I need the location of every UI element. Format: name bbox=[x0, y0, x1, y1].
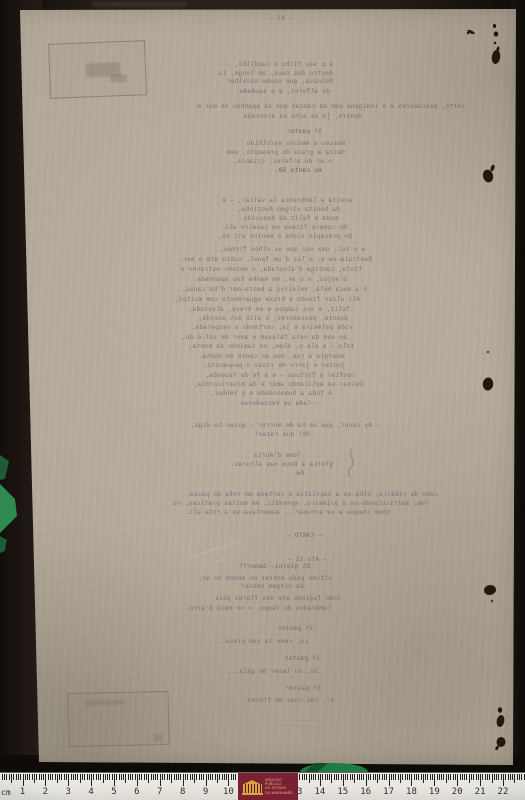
ruler-tick bbox=[75, 774, 76, 780]
ruler-tick bbox=[116, 774, 117, 780]
archive-badge-text: ARQUIVO PÚBLICO DO ESTADO DO MARANHÃO bbox=[265, 779, 293, 796]
ruler-tick bbox=[457, 774, 458, 786]
ruler-tick bbox=[334, 774, 335, 780]
ruler-number: 14 bbox=[312, 787, 328, 797]
ruler-tick bbox=[311, 774, 312, 780]
ruler-tick bbox=[105, 774, 106, 780]
ruler-tick bbox=[299, 774, 300, 780]
ruler-tick bbox=[469, 774, 470, 783]
ruler-tick bbox=[514, 774, 515, 783]
ruler-tick bbox=[96, 774, 97, 780]
ruler-tick bbox=[423, 774, 424, 783]
ruler-tick bbox=[476, 774, 477, 780]
ruler-tick bbox=[508, 774, 509, 780]
ruler-number: 10 bbox=[220, 787, 236, 797]
ruler-number: 6 bbox=[129, 787, 145, 797]
ruler-number: 19 bbox=[426, 787, 442, 797]
ruler-tick bbox=[448, 774, 449, 780]
ruler-tick bbox=[192, 774, 193, 780]
ruler-tick bbox=[437, 774, 438, 780]
ruler-tick bbox=[73, 774, 74, 780]
ruler-tick bbox=[231, 774, 232, 780]
ruler-tick bbox=[89, 774, 90, 780]
ruler-tick bbox=[450, 774, 451, 780]
ruler-tick bbox=[434, 774, 435, 786]
ruler-number: 20 bbox=[449, 787, 465, 797]
ruler-tick bbox=[153, 774, 154, 780]
ruler-tick bbox=[320, 774, 321, 786]
ruler-tick bbox=[464, 774, 465, 780]
ruler-tick bbox=[235, 774, 236, 780]
ruler-tick bbox=[180, 774, 181, 780]
ruler-tick bbox=[400, 774, 401, 783]
ruler-tick bbox=[354, 774, 355, 783]
ruler-tick bbox=[36, 774, 37, 780]
ruler-number: 16 bbox=[358, 787, 374, 797]
ruler-tick bbox=[71, 774, 72, 780]
ruler-tick bbox=[377, 774, 378, 783]
ruler-tick bbox=[174, 774, 175, 780]
ruler-tick bbox=[336, 774, 337, 780]
badge-line: DO MARANHÃO bbox=[265, 792, 293, 796]
ruler-number: 8 bbox=[175, 787, 191, 797]
ruler-tick bbox=[329, 774, 330, 780]
ruler-tick bbox=[384, 774, 385, 780]
background-light-streak bbox=[92, 2, 187, 7]
ruler-tick bbox=[416, 774, 417, 780]
ruler-tick bbox=[304, 774, 305, 780]
ruler-tick bbox=[228, 774, 229, 786]
ruler-tick bbox=[357, 774, 358, 780]
ruler-tick bbox=[411, 774, 412, 786]
ruler-tick bbox=[43, 774, 44, 780]
archive-badge: ARQUIVO PÚBLICO DO ESTADO DO MARANHÃO bbox=[238, 773, 298, 800]
ruler-tick bbox=[203, 774, 204, 780]
ruler-tick bbox=[20, 774, 21, 780]
ruler-tick bbox=[343, 774, 344, 786]
ruler-tick bbox=[219, 774, 220, 780]
ruler-tick bbox=[421, 774, 422, 780]
archive-building-icon bbox=[242, 780, 263, 795]
ruler-tick bbox=[212, 774, 213, 780]
ruler-tick bbox=[453, 774, 454, 780]
ruler-tick bbox=[183, 774, 184, 786]
ruler-tick bbox=[315, 774, 316, 780]
ruler-tick bbox=[130, 774, 131, 780]
ruler-tick bbox=[80, 774, 81, 783]
ruler-tick bbox=[331, 774, 332, 783]
ruler-tick bbox=[318, 774, 319, 780]
ruler-tick bbox=[27, 774, 28, 780]
ruler-tick bbox=[196, 774, 197, 780]
ruler-tick bbox=[480, 774, 481, 786]
ruler-tick bbox=[498, 774, 499, 780]
ruler-tick bbox=[359, 774, 360, 780]
ruler-tick bbox=[100, 774, 101, 780]
ruler-tick bbox=[322, 774, 323, 780]
ruler-tick bbox=[393, 774, 394, 780]
ruler-tick bbox=[91, 774, 92, 786]
ruler-tick bbox=[4, 774, 5, 780]
ruler-tick bbox=[352, 774, 353, 780]
ruler-tick bbox=[210, 774, 211, 780]
ruler-tick bbox=[201, 774, 202, 780]
paper-edge-shading bbox=[0, 0, 525, 772]
ruler-tick bbox=[409, 774, 410, 780]
ruler-tick bbox=[373, 774, 374, 780]
ruler-tick bbox=[25, 774, 26, 780]
ruler-tick bbox=[61, 774, 62, 780]
ruler-tick bbox=[432, 774, 433, 780]
ruler-tick bbox=[137, 774, 138, 786]
ruler-number: 3 bbox=[60, 787, 76, 797]
ruler-tick bbox=[466, 774, 467, 780]
ruler-tick bbox=[55, 774, 56, 780]
ruler-tick bbox=[45, 774, 46, 786]
ruler-tick bbox=[430, 774, 431, 780]
ruler-tick bbox=[125, 774, 126, 783]
ruler-tick bbox=[407, 774, 408, 780]
ruler-tick bbox=[206, 774, 207, 786]
ruler-tick bbox=[41, 774, 42, 780]
ruler-tick bbox=[496, 774, 497, 780]
ruler-tick bbox=[57, 774, 58, 783]
ruler-tick bbox=[224, 774, 225, 780]
ruler-tick bbox=[441, 774, 442, 780]
ruler-tick bbox=[194, 774, 195, 783]
ruler-tick bbox=[418, 774, 419, 780]
ruler-number: 22 bbox=[495, 787, 511, 797]
ruler-tick bbox=[34, 774, 35, 783]
ruler-tick bbox=[16, 774, 17, 780]
ruler-tick bbox=[345, 774, 346, 780]
ruler-tick bbox=[306, 774, 307, 780]
ruler-number: 21 bbox=[472, 787, 488, 797]
ruler-tick bbox=[363, 774, 364, 780]
ruler-tick bbox=[157, 774, 158, 780]
ruler-tick bbox=[386, 774, 387, 780]
ruler-tick bbox=[84, 774, 85, 780]
ruler-tick bbox=[176, 774, 177, 780]
ruler-tick bbox=[382, 774, 383, 780]
ruler-tick bbox=[32, 774, 33, 780]
ruler-unit-label: cm bbox=[1, 788, 15, 797]
ruler-tick bbox=[485, 774, 486, 780]
ruler-tick bbox=[48, 774, 49, 780]
ruler-tick bbox=[487, 774, 488, 780]
ruler-tick bbox=[123, 774, 124, 780]
ruler-tick bbox=[361, 774, 362, 780]
ruler-tick bbox=[39, 774, 40, 780]
ruler-tick bbox=[171, 774, 172, 783]
ruler-tick bbox=[135, 774, 136, 780]
ruler-tick bbox=[169, 774, 170, 780]
ruler-tick bbox=[2, 774, 3, 780]
ruler-tick bbox=[50, 774, 51, 780]
ruler-tick bbox=[512, 774, 513, 780]
ruler-tick bbox=[185, 774, 186, 780]
ruler-tick bbox=[187, 774, 188, 780]
ruler-tick bbox=[87, 774, 88, 780]
ruler-tick bbox=[489, 774, 490, 780]
ruler-tick bbox=[109, 774, 110, 780]
ruler-tick bbox=[215, 774, 216, 780]
ruler-tick bbox=[521, 774, 522, 780]
ruler-tick bbox=[139, 774, 140, 780]
ruler-tick bbox=[505, 774, 506, 780]
ruler-tick bbox=[460, 774, 461, 780]
ruler-number: 17 bbox=[381, 787, 397, 797]
ruler-tick bbox=[402, 774, 403, 780]
ruler-tick bbox=[59, 774, 60, 780]
ruler-tick bbox=[471, 774, 472, 780]
ruler-tick bbox=[338, 774, 339, 780]
ruler-tick bbox=[427, 774, 428, 780]
document-scan-photo: — 43 —e o seu filho o caudilho,dentro da… bbox=[0, 0, 525, 800]
paper-sheet: — 43 —e o seu filho o caudilho,dentro da… bbox=[0, 0, 525, 772]
ruler-tick bbox=[510, 774, 511, 780]
ruler-tick bbox=[160, 774, 161, 786]
ruler-tick bbox=[119, 774, 120, 780]
ruler-tick bbox=[162, 774, 163, 780]
ruler-number: 18 bbox=[403, 787, 419, 797]
ruler-tick bbox=[368, 774, 369, 780]
ruler-tick bbox=[492, 774, 493, 783]
ruler-tick bbox=[29, 774, 30, 780]
ruler-number: 7 bbox=[152, 787, 168, 797]
ruler-tick bbox=[414, 774, 415, 780]
ruler-tick bbox=[443, 774, 444, 780]
ruler-tick bbox=[233, 774, 234, 780]
ruler-number: 5 bbox=[106, 787, 122, 797]
ruler-tick bbox=[379, 774, 380, 780]
ruler-tick bbox=[446, 774, 447, 783]
ruler-tick bbox=[473, 774, 474, 780]
ruler-tick bbox=[327, 774, 328, 780]
ruler-tick bbox=[64, 774, 65, 780]
ruler-tick bbox=[9, 774, 10, 780]
ruler-tick bbox=[18, 774, 19, 780]
ruler-tick bbox=[519, 774, 520, 780]
ruler-tick bbox=[313, 774, 314, 780]
ruler-tick bbox=[398, 774, 399, 780]
ruler-tick bbox=[494, 774, 495, 780]
ruler-tick bbox=[309, 774, 310, 783]
ruler-tick bbox=[146, 774, 147, 780]
ruler-tick bbox=[6, 774, 7, 780]
ruler-tick bbox=[98, 774, 99, 780]
ruler-tick bbox=[341, 774, 342, 780]
ruler-tick bbox=[132, 774, 133, 780]
ruler-tick bbox=[217, 774, 218, 783]
ruler-tick bbox=[395, 774, 396, 780]
ruler-tick bbox=[13, 774, 14, 780]
ruler-tick bbox=[366, 774, 367, 786]
ruler-tick bbox=[144, 774, 145, 780]
ruler-tick bbox=[425, 774, 426, 780]
ruler-tick bbox=[524, 774, 525, 780]
ruler-tick bbox=[93, 774, 94, 780]
ruler-tick bbox=[114, 774, 115, 786]
ruler-tick bbox=[222, 774, 223, 780]
ruler-tick bbox=[128, 774, 129, 780]
ruler-tick bbox=[164, 774, 165, 780]
ruler-tick bbox=[482, 774, 483, 780]
photographic-cm-ruler: cm 12345678910111213141516171819202122 A… bbox=[0, 772, 525, 800]
ruler-tick bbox=[391, 774, 392, 780]
ruler-tick bbox=[325, 774, 326, 780]
ruler-tick bbox=[478, 774, 479, 780]
ruler-tick bbox=[370, 774, 371, 780]
ruler-tick bbox=[68, 774, 69, 786]
ruler-tick bbox=[501, 774, 502, 780]
ruler-number: 1 bbox=[15, 787, 31, 797]
ruler-tick bbox=[178, 774, 179, 780]
ruler-tick bbox=[141, 774, 142, 780]
ruler-tick bbox=[208, 774, 209, 780]
ruler-tick bbox=[302, 774, 303, 780]
ruler-number: 4 bbox=[83, 787, 99, 797]
ruler-number: 9 bbox=[198, 787, 214, 797]
ruler-tick bbox=[23, 774, 24, 786]
ruler-number: 15 bbox=[335, 787, 351, 797]
ruler-tick bbox=[112, 774, 113, 780]
ruler-tick bbox=[66, 774, 67, 780]
ruler-tick bbox=[199, 774, 200, 780]
ruler-tick bbox=[151, 774, 152, 780]
ruler-tick bbox=[11, 774, 12, 783]
ruler-tick bbox=[439, 774, 440, 780]
ruler-tick bbox=[347, 774, 348, 780]
ruler-tick bbox=[82, 774, 83, 780]
ruler-tick bbox=[148, 774, 149, 783]
ruler-tick bbox=[462, 774, 463, 780]
ruler-tick bbox=[121, 774, 122, 780]
ruler-tick bbox=[155, 774, 156, 780]
ruler-tick bbox=[350, 774, 351, 780]
ruler-tick bbox=[503, 774, 504, 786]
ruler-tick bbox=[375, 774, 376, 780]
ruler-tick bbox=[103, 774, 104, 783]
ruler-tick bbox=[77, 774, 78, 780]
ruler-tick bbox=[517, 774, 518, 780]
ruler-tick bbox=[405, 774, 406, 780]
ruler-tick bbox=[167, 774, 168, 780]
ruler-tick bbox=[226, 774, 227, 780]
ruler-tick bbox=[107, 774, 108, 780]
ruler-tick bbox=[455, 774, 456, 780]
ruler-tick bbox=[52, 774, 53, 780]
ruler-tick bbox=[389, 774, 390, 786]
ruler-tick bbox=[190, 774, 191, 780]
ruler-number: 2 bbox=[37, 787, 53, 797]
